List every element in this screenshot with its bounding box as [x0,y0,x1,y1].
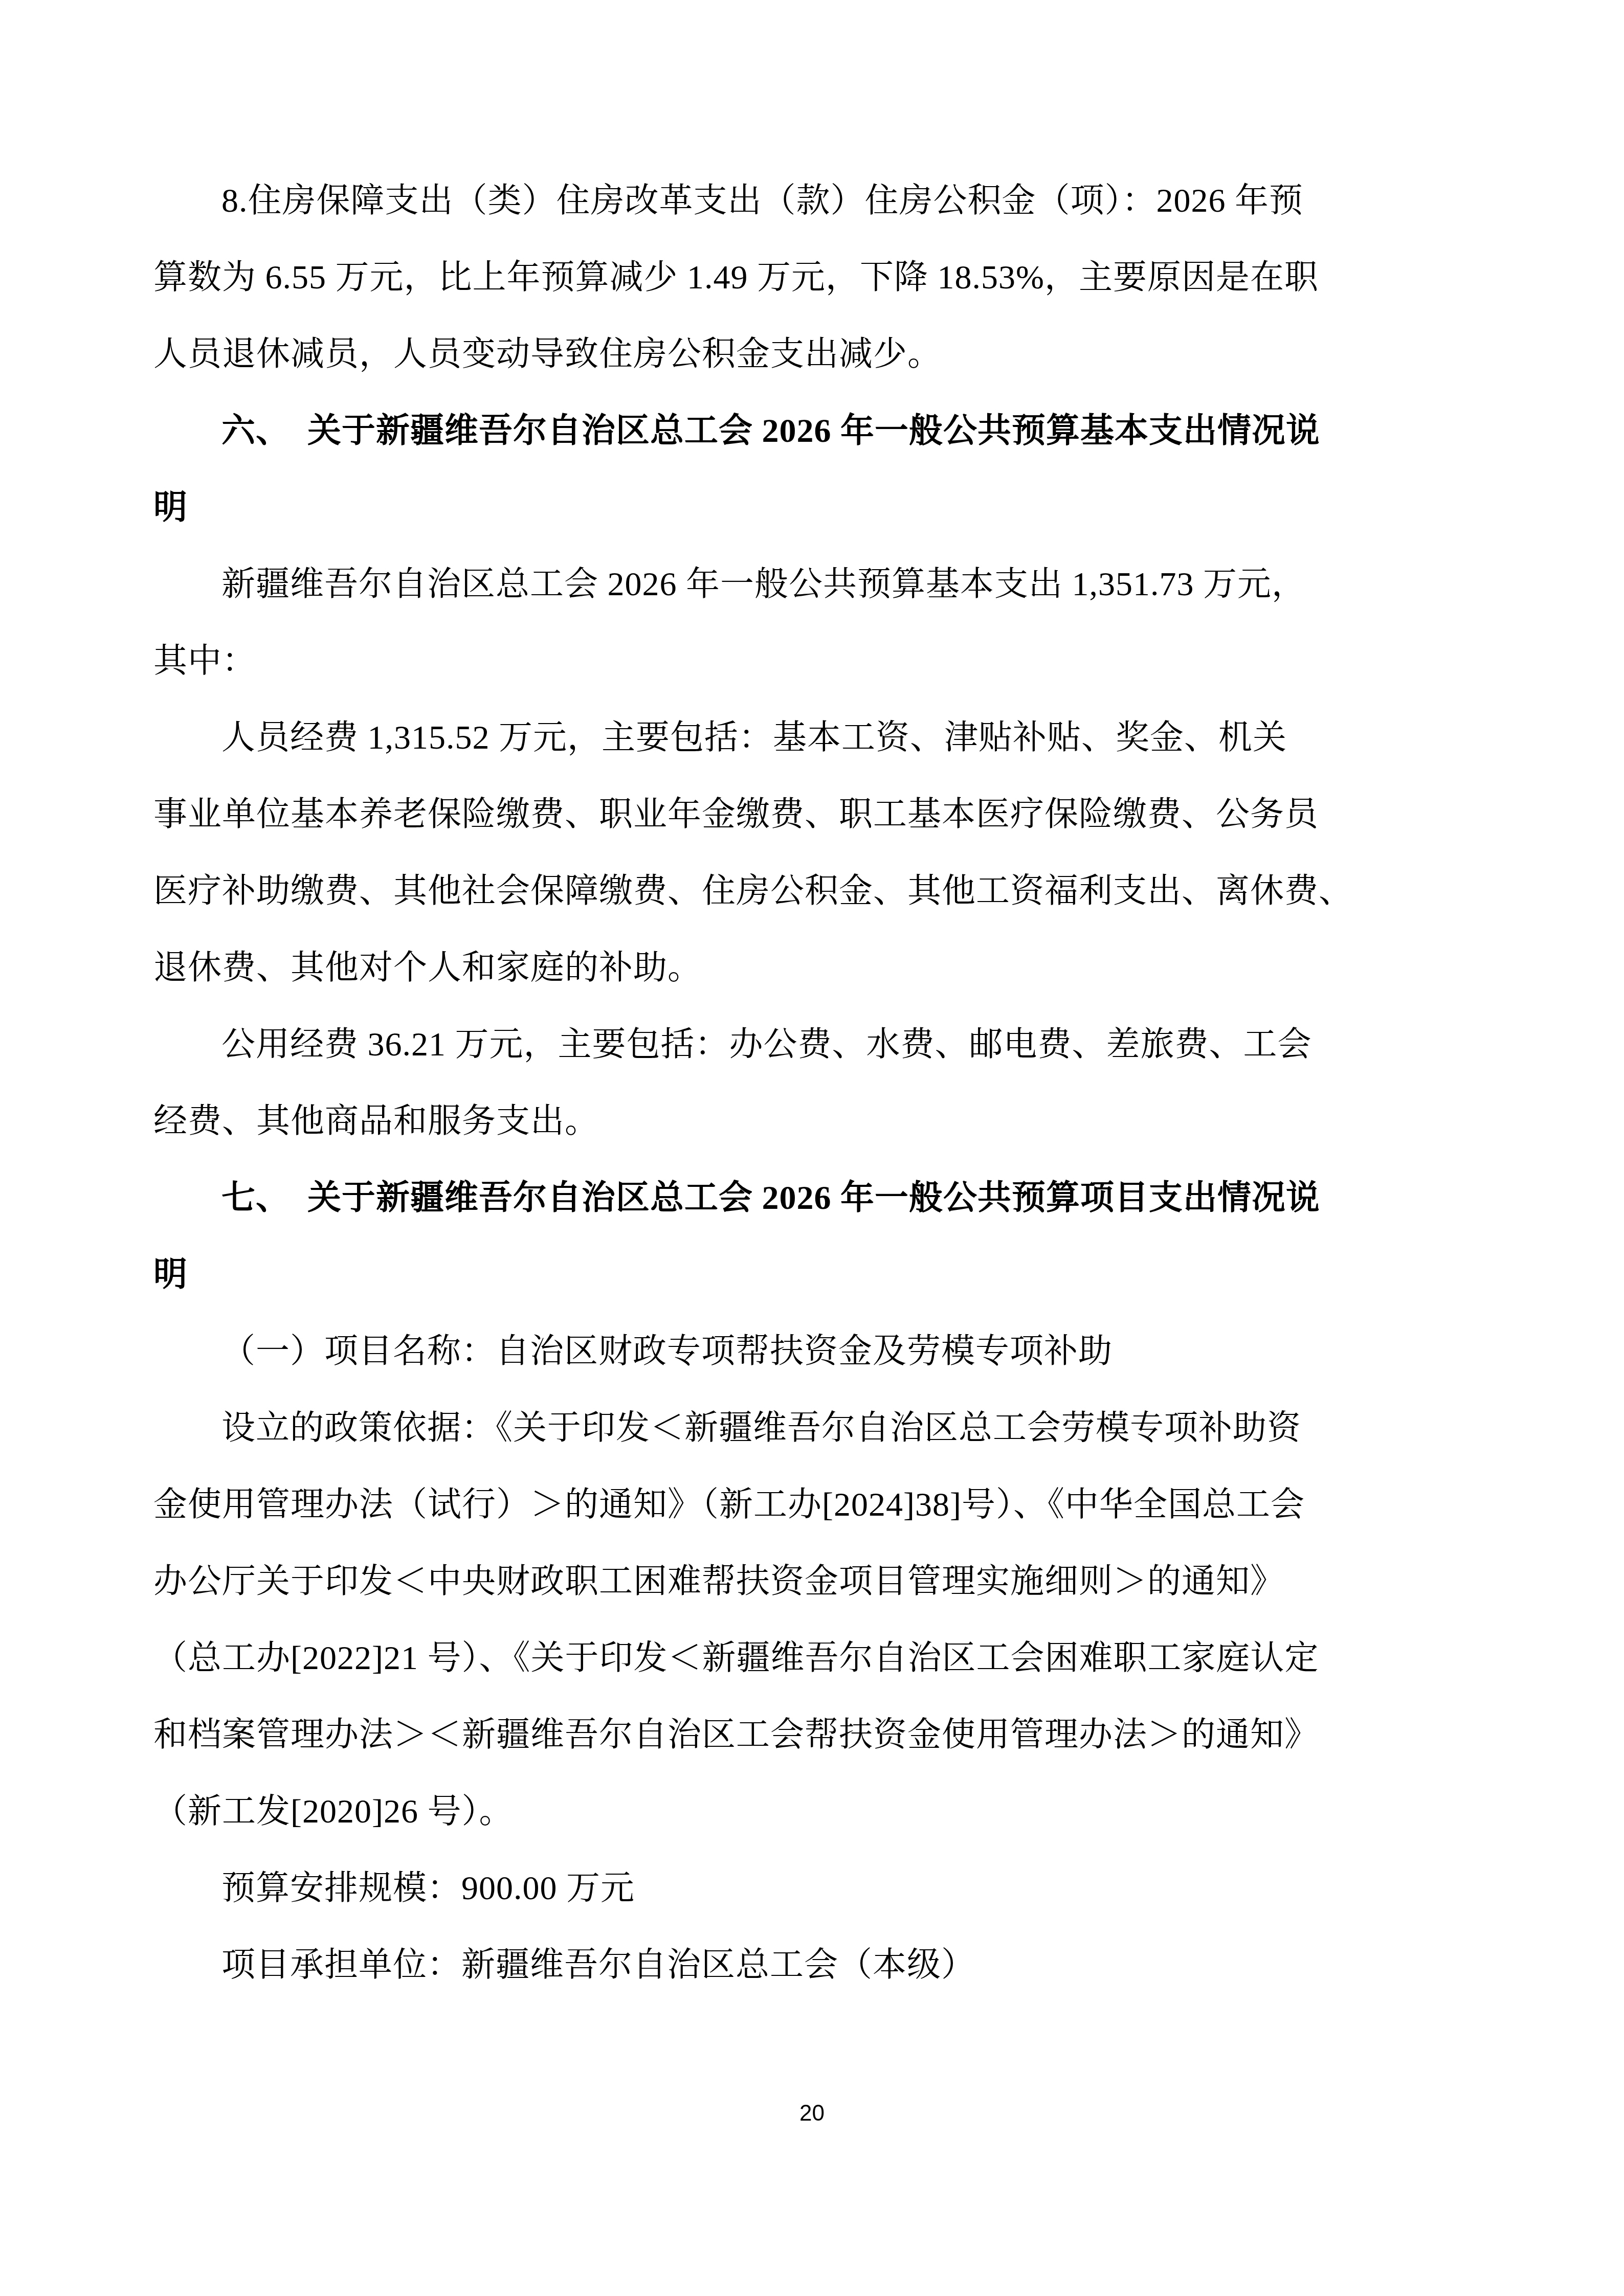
document-page: 8.住房保障支出（类）住房改革支出（款）住房公积金（项）：2026 年预算数为 … [0,0,1624,2296]
document-lines: 8.住房保障支出（类）住房改革支出（款）住房公积金（项）：2026 年预算数为 … [153,163,1473,2004]
text-line: 人员退休减员，人员变动导致住房公积金支出减少。 [153,316,1473,393]
text-line: 算数为 6.55 万元，比上年预算减少 1.49 万元，下降 18.53%，主要… [153,239,1473,316]
text-line: 8.住房保障支出（类）住房改革支出（款）住房公积金（项）：2026 年预 [153,163,1473,239]
heading-line: 六、 关于新疆维吾尔自治区总工会 2026 年一般公共预算基本支出情况说 [153,393,1473,469]
text-line: 办公厅关于印发＜中央财政职工困难帮扶资金项目管理实施细则＞的通知》 [153,1543,1473,1620]
text-line: 其中： [153,623,1473,700]
page-number: 20 [799,2101,825,2126]
text-line: 预算安排规模：900.00 万元 [153,1850,1473,1927]
text-line: 和档案管理办法＞＜新疆维吾尔自治区工会帮扶资金使用管理办法＞的通知》 [153,1697,1473,1773]
heading-line: 明 [153,1236,1473,1313]
text-line: （一）项目名称：自治区财政专项帮扶资金及劳模专项补助 [153,1313,1473,1390]
text-line: 退休费、其他对个人和家庭的补助。 [153,930,1473,1006]
text-line: 医疗补助缴费、其他社会保障缴费、住房公积金、其他工资福利支出、离休费、 [153,853,1473,930]
text-line: （总工办[2022]21 号）、《关于印发＜新疆维吾尔自治区工会困难职工家庭认定 [153,1620,1473,1697]
text-line: 人员经费 1,315.52 万元，主要包括：基本工资、津贴补贴、奖金、机关 [153,700,1473,776]
text-line: （新工发[2020]26 号）。 [153,1773,1473,1850]
text-line: 公用经费 36.21 万元，主要包括：办公费、水费、邮电费、差旅费、工会 [153,1006,1473,1083]
text-line: 设立的政策依据：《关于印发＜新疆维吾尔自治区总工会劳模专项补助资 [153,1390,1473,1467]
page-footer: 20 [0,2101,1624,2126]
text-line: 项目承担单位：新疆维吾尔自治区总工会（本级） [153,1927,1473,2004]
text-line: 金使用管理办法（试行）＞的通知》（新工办[2024]38]号）、《中华全国总工会 [153,1467,1473,1543]
text-line: 事业单位基本养老保险缴费、职业年金缴费、职工基本医疗保险缴费、公务员 [153,776,1473,853]
text-line: 经费、其他商品和服务支出。 [153,1083,1473,1160]
heading-line: 明 [153,469,1473,546]
text-line: 新疆维吾尔自治区总工会 2026 年一般公共预算基本支出 1,351.73 万元… [153,546,1473,623]
heading-line: 七、 关于新疆维吾尔自治区总工会 2026 年一般公共预算项目支出情况说 [153,1160,1473,1236]
